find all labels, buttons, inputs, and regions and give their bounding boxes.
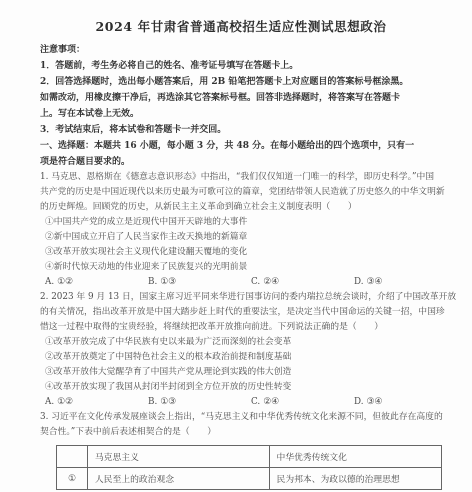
exam-paper-page: 2024 年甘肃省普通高校招生适应性测试思想政治 注意事项： 1．答题前，考生务… [0,0,472,492]
choice-value: ③④ [367,397,383,407]
q2-choices-row: A.①② B.①③ C.②④ D.③④ [40,395,442,410]
q1-choice-b: B.①③ [148,275,251,290]
choice-label: A. [45,277,54,287]
notice-section: 注意事项： 1．答题前，考生务必将自己的姓名、准考证号填写在答题卡上。 2．回答… [40,42,442,138]
section-header-line-1: 一、选择题：本题共 16 小题，每小题 3 分，共 48 分。在每小题给出的四个… [40,138,442,154]
choice-label: C. [251,277,260,287]
table-header-row: 马克思主义 中华优秀传统文化 [57,446,442,468]
question-1: 1. 马克思、恩格斯在《德意志意识形态》中指出，“我们仅仅知道一门唯一的科学，即… [40,170,442,290]
choice-value: ①③ [160,277,176,287]
table-cell-index: ① [57,468,88,490]
notice-line-4: 上。写在本试卷上无效。 [40,106,442,122]
notice-line-1: 1．答题前，考生务必将自己的姓名、准考证号填写在答题卡上。 [40,58,442,74]
choice-label: B. [148,397,157,407]
q1-stem-line-2: 共产党的历史是中国近现代以来历史最为可歌可泣的篇章，党团结带领人民造就了历史悠久… [40,185,442,200]
q1-stem-line-1: 1. 马克思、恩格斯在《德意志意识形态》中指出，“我们仅仅知道一门唯一的科学，即… [40,170,442,185]
q2-statement-4: ④改革开放实现了我国从封闭半封闭到全方位开放的历史性转变 [40,380,442,395]
page-title: 2024 年甘肃省普通高校招生适应性测试思想政治 [40,17,442,35]
q1-choice-a: A.①② [45,275,148,290]
notice-heading: 注意事项： [40,42,442,58]
q1-statement-2: ②新中国成立开启了人民当家作主改天换地的新篇章 [40,230,442,245]
q2-choice-c: C.②④ [251,395,354,410]
question-2: 2. 2023 年 9 月 13 日，国家主席习近平同来华进行国事访问的委内瑞拉… [40,290,442,410]
q2-statement-2: ②改革开放奠定了中国特色社会主义的根本政治前提和制度基础 [40,350,442,365]
table-header-tradition: 中华优秀传统文化 [269,446,441,468]
table-cell-marxism: 人民至上的政治观念 [87,468,269,490]
q2-statement-3: ③改革开放伟大觉醒孕育了中国共产党从理论到实践的伟大创造 [40,365,442,380]
choice-value: ①② [57,277,73,287]
choice-label: D. [354,397,364,407]
choice-value: ②④ [263,277,279,287]
choice-label: D. [354,277,364,287]
q1-stem-line-3: 的历史辉煌。回顾党的历史，从新民主主义革命到确立社会主义制度表明（ ） [40,200,442,215]
notice-line-3: 如需改动，用橡皮擦干净后，再选涂其它答案标号框。回答非选择题时，将答案写在答题卡 [40,90,442,106]
choice-value: ①③ [160,397,176,407]
notice-line-2: 2．回答选择题时，选出每小题答案后，用 2B 铅笔把答题卡上对应题目的答案标号框… [40,74,442,90]
choice-label: A. [45,397,54,407]
q1-statement-4: ④新时代惊天动地的伟业迎来了民族复兴的光明前景 [40,260,442,275]
q2-choice-b: B.①③ [148,395,251,410]
table-header-index [57,446,88,468]
q2-choice-a: A.①② [45,395,148,410]
question-3: 3. 习近平在文化传承发展座谈会上指出，“马克思主义和中华优秀传统文化来源不同，… [40,410,442,490]
q1-statement-3: ③改革开放实现社会主义现代化建设翻天覆地的变化 [40,245,442,260]
q2-stem-line-1: 2. 2023 年 9 月 13 日，国家主席习近平同来华进行国事访问的委内瑞拉… [40,290,442,305]
q1-choice-c: C.②④ [251,275,354,290]
q3-stem-line-1: 3. 习近平在文化传承发展座谈会上指出，“马克思主义和中华优秀传统文化来源不同，… [40,410,442,425]
table-header-marxism: 马克思主义 [87,446,269,468]
q2-statement-1: ①改革开放完成了中华民族有史以来最为广泛而深刻的社会变革 [40,335,442,350]
notice-line-5: 3．考试结束后，将本试卷和答题卡一并交回。 [40,122,442,138]
choice-value: ②④ [263,397,279,407]
q3-stem-line-2: 契合性。”下表中前后表述相契合的是（ ） [40,425,442,440]
choice-label: C. [251,397,260,407]
q3-comparison-table: 马克思主义 中华优秀传统文化 ① 人民至上的政治观念 民为邦本、为政以德的治理思… [56,445,442,490]
q2-stem-line-2: 的有关情况，指出改革开放是中国大踏步赶上时代的重要法宝，是决定当代中国命运的关键… [40,305,442,320]
section-header-line-2: 项是符合题目要求的。 [40,154,442,170]
choice-value: ③④ [367,277,383,287]
table-cell-tradition: 民为邦本、为政以德的治理思想 [269,468,441,490]
q1-choice-d: D.③④ [354,275,382,290]
q1-statement-1: ①中国共产党的成立是近现代中国开天辟地的大事件 [40,215,442,230]
q1-choices-row: A.①② B.①③ C.②④ D.③④ [40,275,442,290]
choice-value: ①② [57,397,73,407]
choice-label: B. [148,277,157,287]
section-header: 一、选择题：本题共 16 小题，每小题 3 分，共 48 分。在每小题给出的四个… [40,138,442,170]
q2-stem-line-3: 惜这一过程中取得的宝贵经验，将继续把改革开放推向前进。下列说法正确的是（ ） [40,320,442,335]
table-row: ① 人民至上的政治观念 民为邦本、为政以德的治理思想 [57,468,442,490]
q2-choice-d: D.③④ [354,395,382,410]
